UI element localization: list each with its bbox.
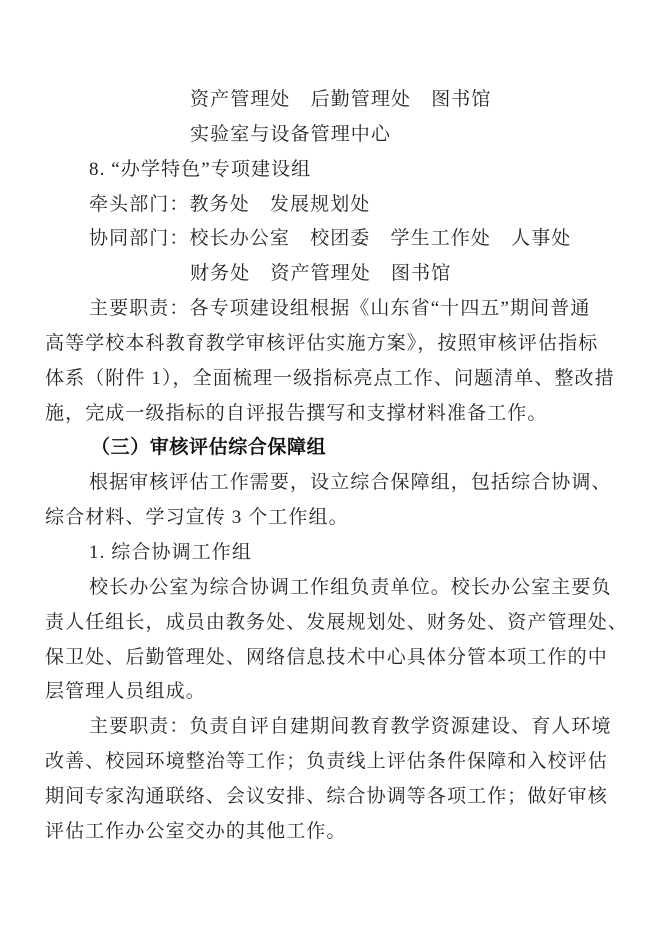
item-8-title: 8. “办学特色”专项建设组 (45, 153, 606, 188)
co-dept-continuation-line: 财务处 资产管理处 图书馆 (45, 257, 606, 292)
section-3-heading: （三）审核评估综合保障组 (45, 431, 606, 466)
composition-paragraph-line: 保卫处、后勤管理处、网络信息技术中心具体分管本项工作的中 (45, 641, 606, 676)
composition-paragraph-line: 层管理人员组成。 (45, 675, 606, 710)
composition-paragraph-line: 责人任组长，成员由教务处、发展规划处、财务处、资产管理处、 (45, 606, 606, 641)
duties-paragraph-line: 体系（附件 1），全面梳理一级指标亮点工作、问题清单、整改措 (45, 362, 606, 397)
text-column: 资产管理处 后勤管理处 图书馆 实验室与设备管理中心 8. “办学特色”专项建设… (45, 83, 606, 850)
duties-paragraph-line: 主要职责：各专项建设组根据《山东省“十四五”期间普通 (45, 292, 606, 327)
duties-paragraph-line: 期间专家沟通联络、会议安排、综合协调等各项工作；做好审核 (45, 780, 606, 815)
duties-paragraph-line: 改善、校园环境整治等工作；负责线上评估条件保障和入校评估 (45, 745, 606, 780)
co-dept-line: 协同部门：校长办公室 校团委 学生工作处 人事处 (45, 222, 606, 257)
co-dept-continuation-line: 实验室与设备管理中心 (45, 118, 606, 153)
document-page: 资产管理处 后勤管理处 图书馆 实验室与设备管理中心 8. “办学特色”专项建设… (0, 0, 650, 941)
duties-paragraph-line: 高等学校本科教育教学审核评估实施方案》，按照审核评估指标 (45, 327, 606, 362)
duties-paragraph-line: 施，完成一级指标的自评报告撰写和支撑材料准备工作。 (45, 397, 606, 432)
intro-paragraph-line: 综合材料、学习宣传 3 个工作组。 (45, 501, 606, 536)
subitem-1-title: 1. 综合协调工作组 (45, 536, 606, 571)
duties-paragraph-line: 评估工作办公室交办的其他工作。 (45, 815, 606, 850)
lead-dept-line: 牵头部门：教务处 发展规划处 (45, 188, 606, 223)
duties-paragraph-line: 主要职责：负责自评自建期间教育教学资源建设、育人环境 (45, 710, 606, 745)
co-dept-continuation-line: 资产管理处 后勤管理处 图书馆 (45, 83, 606, 118)
composition-paragraph-line: 校长办公室为综合协调工作组负责单位。校长办公室主要负 (45, 571, 606, 606)
intro-paragraph-line: 根据审核评估工作需要，设立综合保障组，包括综合协调、 (45, 466, 606, 501)
